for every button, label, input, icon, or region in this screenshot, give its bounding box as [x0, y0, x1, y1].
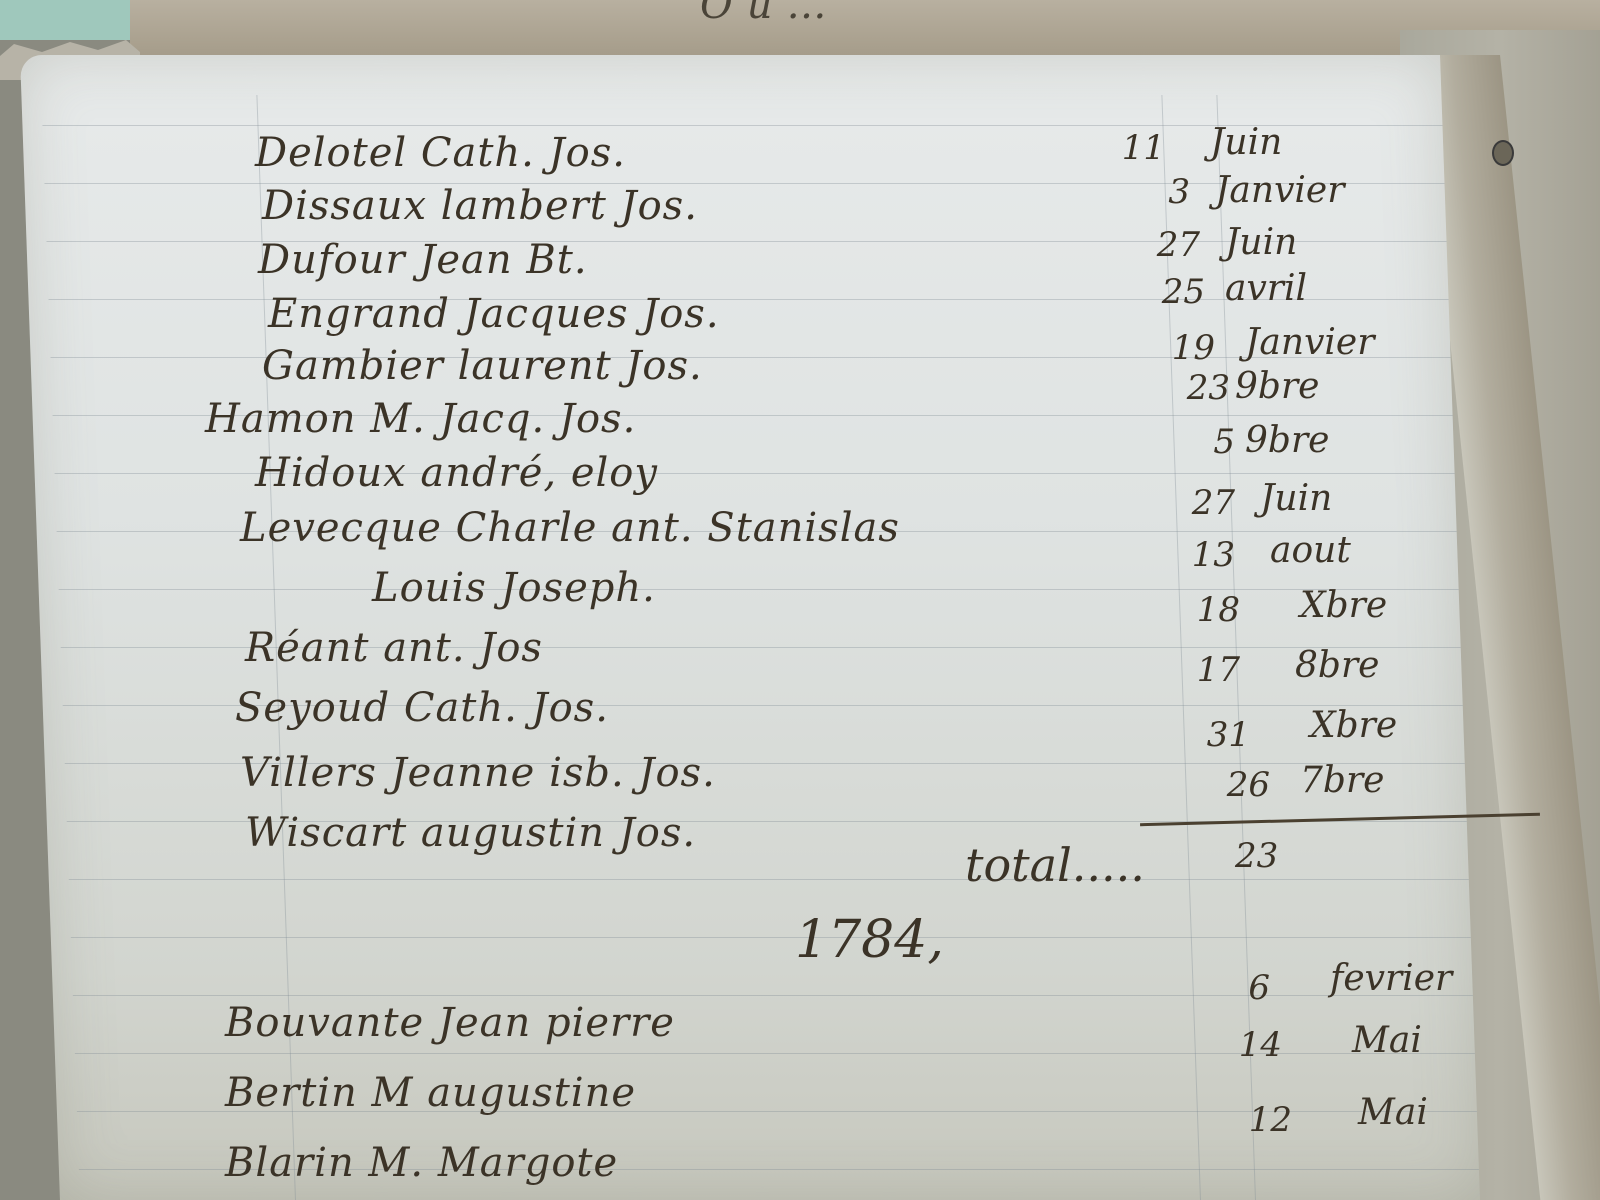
entry-day: 27: [1140, 225, 1200, 265]
entry-name: Dufour Jean Bt.: [258, 237, 588, 283]
entry-month: aout: [1270, 530, 1351, 571]
entry-day: 12: [1232, 1100, 1292, 1140]
entry-day: 31: [1190, 715, 1250, 755]
entry-name: Hamon M. Jacq. Jos.: [205, 396, 636, 442]
entry-month: 9bre: [1235, 366, 1319, 407]
entry-month: Janvier: [1245, 322, 1374, 363]
entry-name: Wiscart augustin Jos.: [245, 810, 696, 856]
entry-name: Louis Joseph.: [372, 565, 656, 611]
entry-name: Engrand Jacques Jos.: [268, 291, 720, 337]
entry-day: 13: [1175, 535, 1235, 575]
entry-month: Xbre: [1300, 585, 1387, 626]
entry-name: Blarin M. Margote: [225, 1140, 618, 1186]
entry-name: Delotel Cath. Jos.: [255, 130, 626, 176]
entry-month: 7bre: [1300, 760, 1384, 801]
entry-month: Mai: [1352, 1020, 1422, 1061]
entry-day: 5: [1175, 422, 1235, 462]
entry-name: Villers Jeanne isb. Jos.: [240, 750, 716, 796]
entry-day: 25: [1145, 272, 1205, 312]
entry-month: Janvier: [1215, 170, 1344, 211]
entry-name: Seyoud Cath. Jos.: [235, 685, 609, 731]
entry-month: Xbre: [1310, 705, 1397, 746]
year-heading: 1784,: [795, 910, 944, 970]
entry-name: Bertin M augustine: [225, 1070, 636, 1116]
entry-day: 14: [1222, 1025, 1282, 1065]
cover-handwriting: Ou…: [700, 0, 841, 28]
entry-name: Hidoux andré, eloy: [255, 450, 658, 496]
entry-day: 17: [1180, 650, 1240, 690]
entry-month: fevrier: [1330, 958, 1452, 999]
total-value: 23: [1235, 836, 1278, 876]
entry-day: 23: [1170, 368, 1230, 408]
entry-day: 18: [1180, 590, 1240, 630]
total-label: total.....: [965, 838, 1145, 892]
entry-day: 26: [1210, 765, 1270, 805]
entry-month: Juin: [1210, 122, 1282, 163]
entry-month: 8bre: [1295, 645, 1379, 686]
binding-hole: [1492, 140, 1514, 166]
entry-day: 19: [1155, 328, 1215, 368]
entry-day: 27: [1175, 483, 1235, 523]
entry-month: 9bre: [1245, 420, 1329, 461]
entry-month: Juin: [1225, 222, 1297, 263]
entry-day: 11: [1105, 128, 1165, 168]
entry-day: 3: [1130, 172, 1190, 212]
entry-name: Bouvante Jean pierre: [225, 1000, 675, 1046]
entry-name: Dissaux lambert Jos.: [262, 183, 698, 229]
entry-month: Juin: [1260, 478, 1332, 519]
entry-day: 6: [1210, 968, 1270, 1008]
entry-name: Gambier laurent Jos.: [262, 343, 703, 389]
entry-month: Mai: [1358, 1092, 1428, 1133]
entry-month: avril: [1225, 268, 1307, 309]
entry-name: Réant ant. Jos: [245, 625, 543, 671]
entry-name: Levecque Charle ant. Stanislas: [240, 505, 900, 551]
